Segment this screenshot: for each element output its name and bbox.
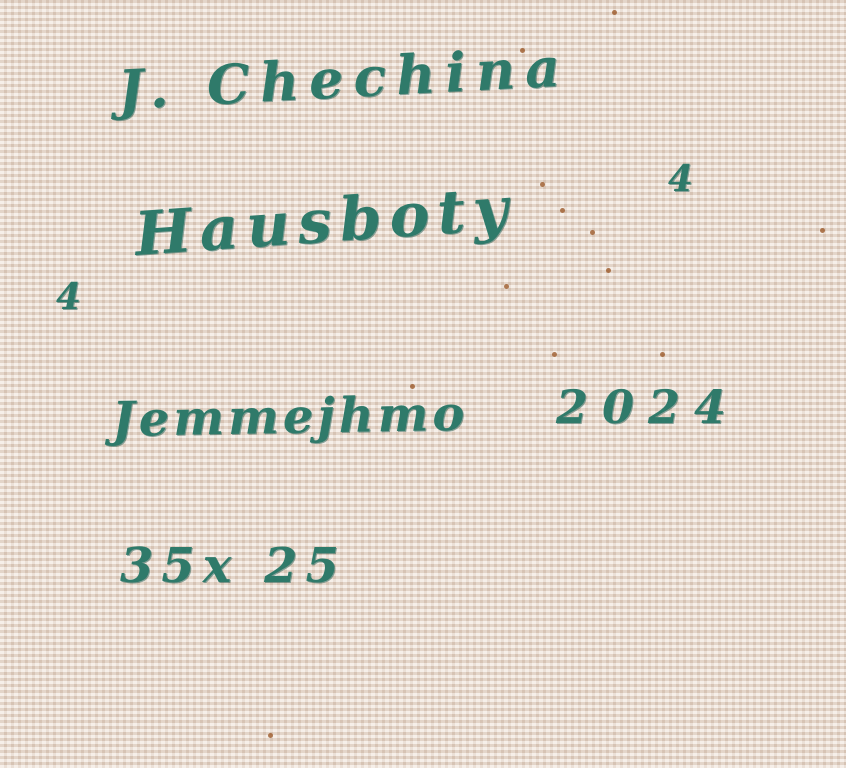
rust-speck: [820, 228, 825, 233]
inscription-text: Jemmejhmo: [112, 386, 469, 448]
artist-signature: J. Chechina: [116, 34, 571, 122]
rust-speck: [520, 48, 525, 53]
inscription-year: 2024: [556, 380, 740, 434]
rust-speck: [504, 284, 509, 289]
rust-speck: [540, 182, 545, 187]
rust-speck: [560, 208, 565, 213]
inscription-marker-right: 4: [668, 158, 693, 200]
artwork-dimensions: 35x 25: [120, 538, 347, 594]
artwork-title: Hausboty: [133, 173, 518, 269]
inscription-marker-left: 4: [56, 276, 81, 318]
rust-speck: [606, 268, 611, 273]
rust-speck: [552, 352, 557, 357]
rust-speck: [268, 733, 273, 738]
rust-speck: [410, 384, 415, 389]
canvas-back: J. Chechina 4 Hausboty 4 Jemmejhmo 2024 …: [0, 0, 846, 768]
rust-speck: [590, 230, 595, 235]
rust-speck: [660, 352, 665, 357]
rust-speck: [612, 10, 617, 15]
